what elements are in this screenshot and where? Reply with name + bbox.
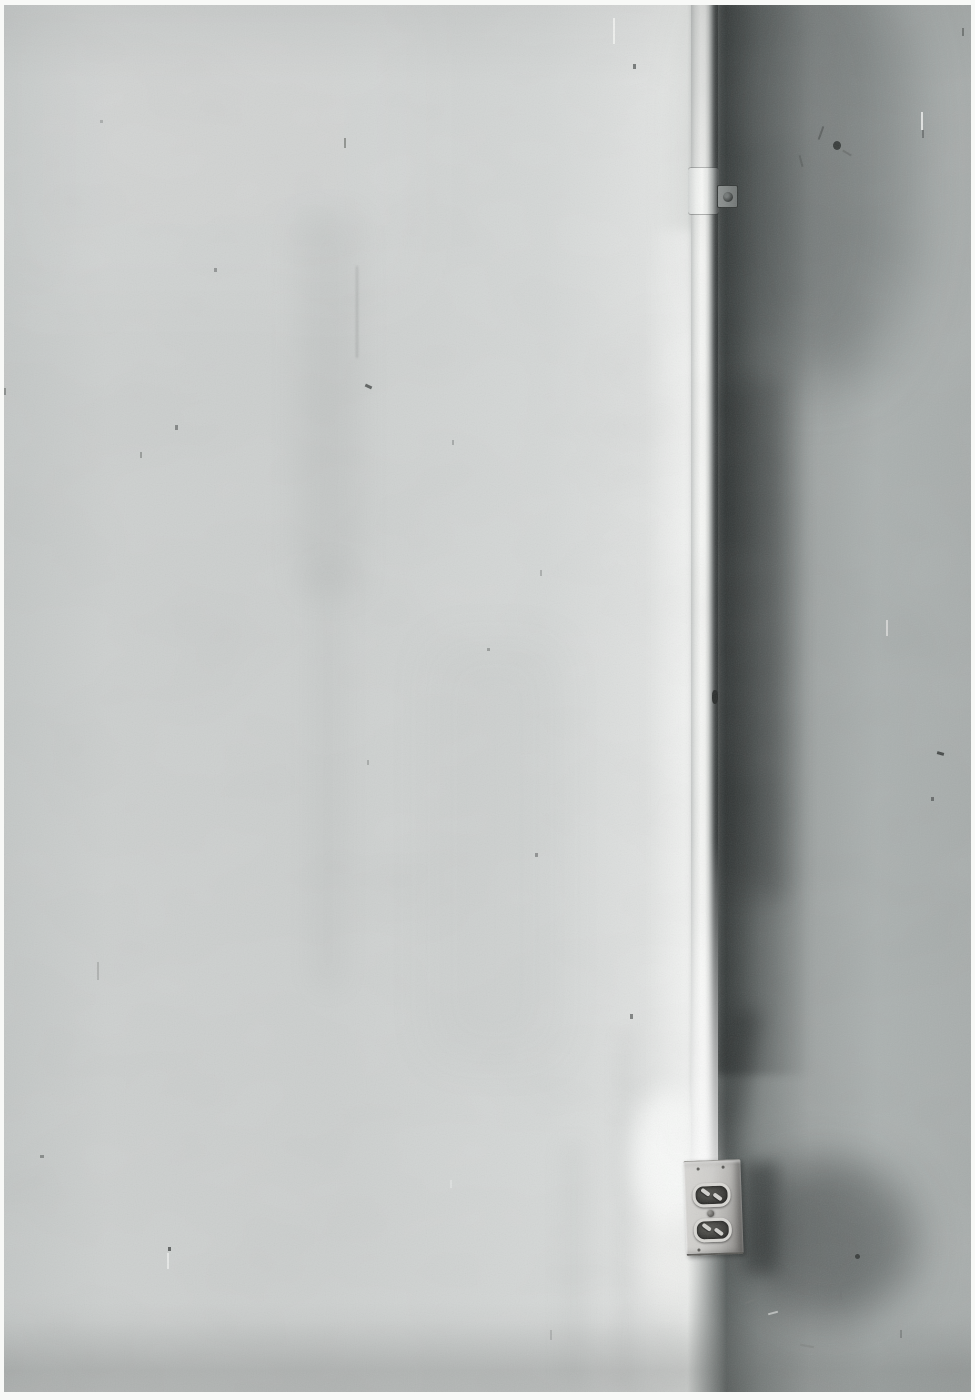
scratch [842, 150, 852, 157]
scratch [745, 1298, 757, 1304]
shadow-dot [855, 1254, 860, 1259]
white-scratch [167, 1253, 169, 1269]
photo [0, 0, 975, 1400]
nick [175, 425, 178, 430]
speck [535, 853, 538, 857]
white-scratch [921, 112, 923, 130]
white-scratch [886, 620, 888, 636]
nick [367, 760, 369, 765]
nick [550, 1330, 552, 1340]
dark-mark [937, 751, 945, 756]
nick [140, 452, 142, 458]
scratch [818, 126, 825, 140]
scratch [800, 1344, 814, 1348]
dark-dash [365, 384, 373, 390]
photo-border-top [0, 0, 975, 5]
scratch [922, 130, 924, 138]
speck [40, 1155, 44, 1158]
white-scratch [613, 18, 615, 44]
speck [630, 1014, 633, 1019]
nick [900, 1330, 902, 1338]
photo-border-bottom [0, 1392, 975, 1400]
speck [487, 648, 490, 651]
conduit-chip [712, 690, 718, 704]
nick [962, 28, 964, 36]
scratch [97, 962, 99, 980]
white-scratch [768, 1311, 778, 1316]
wall-hole [833, 141, 841, 150]
speck [633, 64, 636, 69]
nick [840, 1290, 842, 1300]
scratch [798, 155, 803, 167]
photo-border-left [0, 0, 4, 1400]
speck [168, 1247, 171, 1251]
nick [540, 570, 542, 576]
speck [931, 797, 934, 801]
speck [100, 120, 103, 123]
nick [344, 138, 346, 148]
marks-layer [0, 0, 975, 1400]
white-nick [450, 1180, 452, 1188]
speck [214, 268, 217, 272]
photo-border-right [971, 0, 975, 1400]
speck [452, 440, 454, 445]
